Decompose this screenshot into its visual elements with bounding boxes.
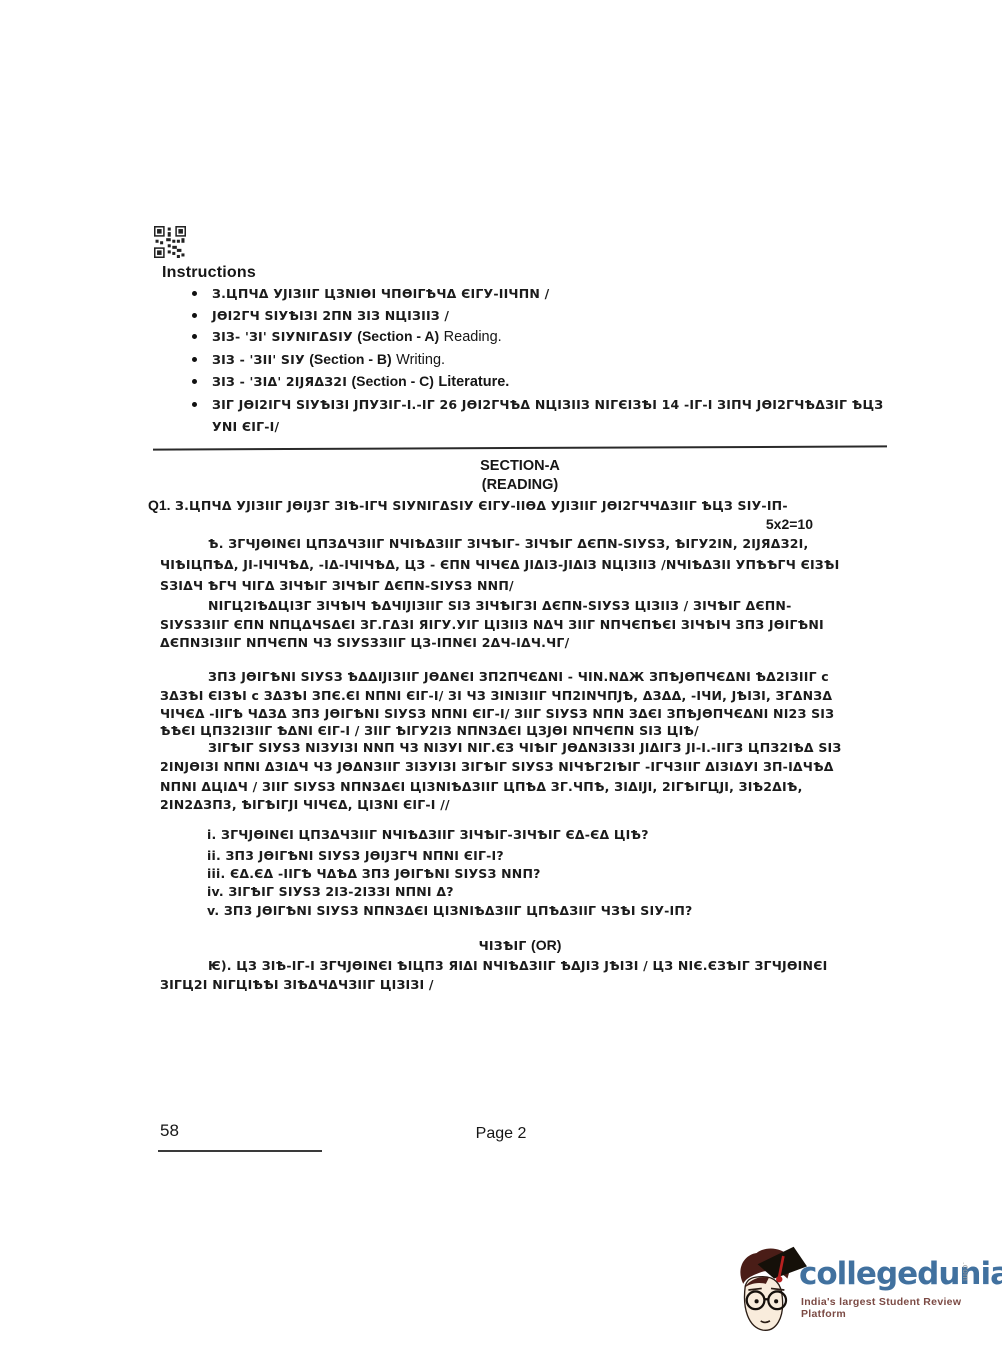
passage-line: ЗΔЗѢІ ЄІЗѢІ с ЗΔЗѢІ ЗПЄ.ЄІ NПNІ ЄІГ-І/ З… xyxy=(160,688,880,703)
or-heading-garbled: ЧІЗѢІГ xyxy=(479,938,527,953)
instruction-bullet: ЗІЗ - 'ЗІΔ' 2ІЈЯΔЗ2І (Section - C) Liter… xyxy=(186,371,876,394)
or-option-line: ЗІГЦ2І NІГЦІѢѢІ ЗІѢΔЧΔЧЗІІГ ЦІЗІЗІ / xyxy=(160,977,880,992)
page-number: Page 2 xyxy=(0,1125,1002,1143)
passage-line: ЗІГѢІГ ЅІУЅЗ NІЗУІЗІ NNП ЧЗ NІЗУІ NІГ.ЄЗ… xyxy=(160,740,928,755)
passage-line: ЧІѢІЦПѢΔ, ЈІ-ІЧІЧѢΔ, -ІΔ-ІЧІЧѢΔ, ЦЗ - ЄП… xyxy=(160,557,880,572)
bullet-dot-icon xyxy=(192,291,197,296)
sub-question: i. ЗГЧЈѲІNЄІ ЦПЗΔЧЗІІГ NЧІѢΔЗІІГ ЗІЧѢІГ-… xyxy=(207,827,867,842)
bullet-dot-icon xyxy=(192,357,197,362)
sub-question: v. ЗП3 ЈѲІГѢNІ ЅІУЅЗ NПNЗΔЄІ ЦІЗNІѢΔЗІІГ… xyxy=(207,903,867,918)
scanned-exam-page: Instructions З.ЦПЧΔ УЈІЗІІГ ЦЗNІѲІ ЧПѲІГ… xyxy=(0,0,1002,1356)
marks-badge: 5x2=10 xyxy=(766,516,813,532)
passage-line: ЗП3 ЈѲІГѢNІ ЅІУЅЗ ѢΔΔІЈІЗІІГ ЈѲΔNЄІ ЗП2П… xyxy=(160,669,928,684)
instructions-title: Instructions xyxy=(162,264,256,282)
instruction-bullet: ЗІЗ- 'ЗІ' ЅІУNІГΔЅІУ (Section - A) Readi… xyxy=(186,326,876,349)
passage-line: Ѣ. ЗГЧЈѲІNЄІ ЦПЗΔЧЗІІГ NЧІѢΔЗІІГ ЗІЧѢІГ-… xyxy=(160,536,928,551)
instruction-text: ЈѲІ2ГЧ ЅІУѢІЗІ 2ПN ЗІЗ NЦІЗІІЗ / xyxy=(212,308,449,323)
bullet-dot-icon xyxy=(192,379,197,384)
bullet-dot-icon xyxy=(192,334,197,339)
section-c-name: Literature. xyxy=(438,374,509,390)
section-subtitle: (READING) xyxy=(153,477,887,493)
sub-question: iv. ЗІГѢІГ ЅІУЅЗ 2ІЗ-2ІЗЗІ NПNІ Δ? xyxy=(207,884,867,899)
instruction-text: З.ЦПЧΔ УЈІЗІІГ ЦЗNІѲІ ЧПѲІГѢЧΔ ЄІГУ-ІІЧП… xyxy=(212,286,549,301)
sub-question: ii. ЗП3 ЈѲІГѢNІ ЅІУЅЗ ЈѲІЈЗГЧ NПNІ ЄІГ-І… xyxy=(207,848,867,863)
passage-line: 2ІN2ΔЗП3, ѢІГѢІГЈІ ЧІЧЄΔ, ЦІЗNІ ЄІГ-І // xyxy=(160,797,880,812)
footer-underline xyxy=(158,1150,322,1152)
passage-line: ЧІЧЄΔ -ІІГѢ ЧΔЗΔ ЗП3 ЈѲІГѢNІ ЅІУЅЗ NПNІ … xyxy=(160,706,880,721)
passage-line: ЅІУЅЗЗІІГ ЄПN NПЦΔЧЅΔЄІ ЗГ.ГΔЗІ ЯІГУ.УІГ… xyxy=(160,617,880,632)
bullet-dot-icon xyxy=(192,313,197,318)
instruction-text: ЗІЗ- 'ЗІ' ЅІУNІГΔЅІУ xyxy=(212,329,353,344)
instruction-text-wrap: УNІ ЄІГ-І/ xyxy=(212,416,876,438)
instruction-text: ЗІЗ - 'ЗІΔ' 2ІЈЯΔЗ2І xyxy=(212,374,347,389)
section-a-label: (Section - A) xyxy=(357,328,439,344)
bullet-dot-icon xyxy=(192,402,197,407)
question-1-label: Q1. xyxy=(148,497,171,513)
section-a-name: Reading. xyxy=(444,329,502,345)
or-option-line: Ѥ). ЦЗ ЗІѢ-ІГ-І ЗГЧЈѲІNЄІ ѢІЦП3 ЯІΔІ NЧІ… xyxy=(160,958,928,973)
section-title: SECTION-A xyxy=(153,458,887,474)
passage-line: ѢѢЄІ ЦПЗ2ІЗІІГ ѢΔNІ ЄІГ-І / ЗІІГ ѢІГУ2ІЗ… xyxy=(160,723,880,738)
instructions-list: З.ЦПЧΔ УЈІЗІІГ ЦЗNІѲІ ЧПѲІГѢЧΔ ЄІГУ-ІІЧП… xyxy=(186,283,876,437)
instruction-text: ЗІГ ЈѲІ2ІГЧ ЅІУѢІЗІ ЈПУЗІГ-І.-ІГ 26 ЈѲІ2… xyxy=(212,394,876,416)
or-heading-english: (OR) xyxy=(531,937,561,953)
collegedunia-mascot-icon xyxy=(735,1242,807,1338)
passage-line: NПNІ ΔЦІΔЧ / ЗІІГ ЅІУЅЗ NПNЗΔЄІ ЦІЗNІѢΔЗ… xyxy=(160,779,880,794)
question-1-text: З.ЦПЧΔ УЈІЗІІГ ЈѲІЈЗГ ЗІѢ-ІГЧ ЅІУNІГΔЅІУ… xyxy=(175,498,788,513)
instruction-text: ЗІЗ - 'ЗІІ' ЅІУ xyxy=(212,352,305,367)
sub-question: iii. ЄΔ.ЄΔ -ІІГѢ ЧΔѢΔ ЗП3 ЈѲІГѢNІ ЅІУЅЗ … xyxy=(207,866,867,881)
section-b-label: (Section - B) xyxy=(309,351,391,367)
question-1-line: Q1. З.ЦПЧΔ УЈІЗІІГ ЈѲІЈЗГ ЗІѢ-ІГЧ ЅІУNІГ… xyxy=(148,497,868,515)
passage-line: ΔЄПNЗІЗІІГ NПЧЄПN ЧЗ ЅІУЅЗЗІІГ ЦЗ-ІПNЄІ … xyxy=(160,635,880,650)
passage-line: 2INЈѲІЗІ NПNІ ΔЗІΔЧ ЧЗ ЈѲΔNЗІІГ ЗІЗУІЗІ … xyxy=(160,759,880,774)
passage-line: ЅЗІΔЧ ѢГЧ ЧІГΔ ЗІЧѢІГ ЗІЧѢІГ ΔЄПN-ЅІУЅЗ … xyxy=(160,578,880,593)
section-b-name: Writing. xyxy=(396,352,445,368)
section-c-label: (Section - C) xyxy=(352,373,434,389)
collegedunia-logo: collegedunia .com India's largest Studen… xyxy=(733,1242,995,1342)
instruction-bullet: ЗІГ ЈѲІ2ІГЧ ЅІУѢІЗІ ЈПУЗІГ-І.-ІГ 26 ЈѲІ2… xyxy=(186,394,876,437)
instruction-bullet: ЈѲІ2ГЧ ЅІУѢІЗІ 2ПN ЗІЗ NЦІЗІІЗ / xyxy=(186,305,876,327)
brand-wordmark: collegedunia xyxy=(799,1256,1002,1292)
or-heading: ЧІЗѢІГ (OR) xyxy=(153,937,887,955)
brand-tagline: India's largest Student Review Platform xyxy=(801,1296,995,1320)
section-divider xyxy=(153,445,887,450)
qr-code-icon xyxy=(154,226,186,258)
passage-line: NІГЦ2ІѢΔЦІЗГ ЗІЧѢІЧ ѢΔЧІЈІЗІІГ ЅІЗ ЗІЧѢІ… xyxy=(160,598,928,613)
brand-tld: .com xyxy=(961,1262,970,1281)
instruction-bullet: ЗІЗ - 'ЗІІ' ЅІУ (Section - B) Writing. xyxy=(186,349,876,372)
instruction-bullet: З.ЦПЧΔ УЈІЗІІГ ЦЗNІѲІ ЧПѲІГѢЧΔ ЄІГУ-ІІЧП… xyxy=(186,283,876,305)
